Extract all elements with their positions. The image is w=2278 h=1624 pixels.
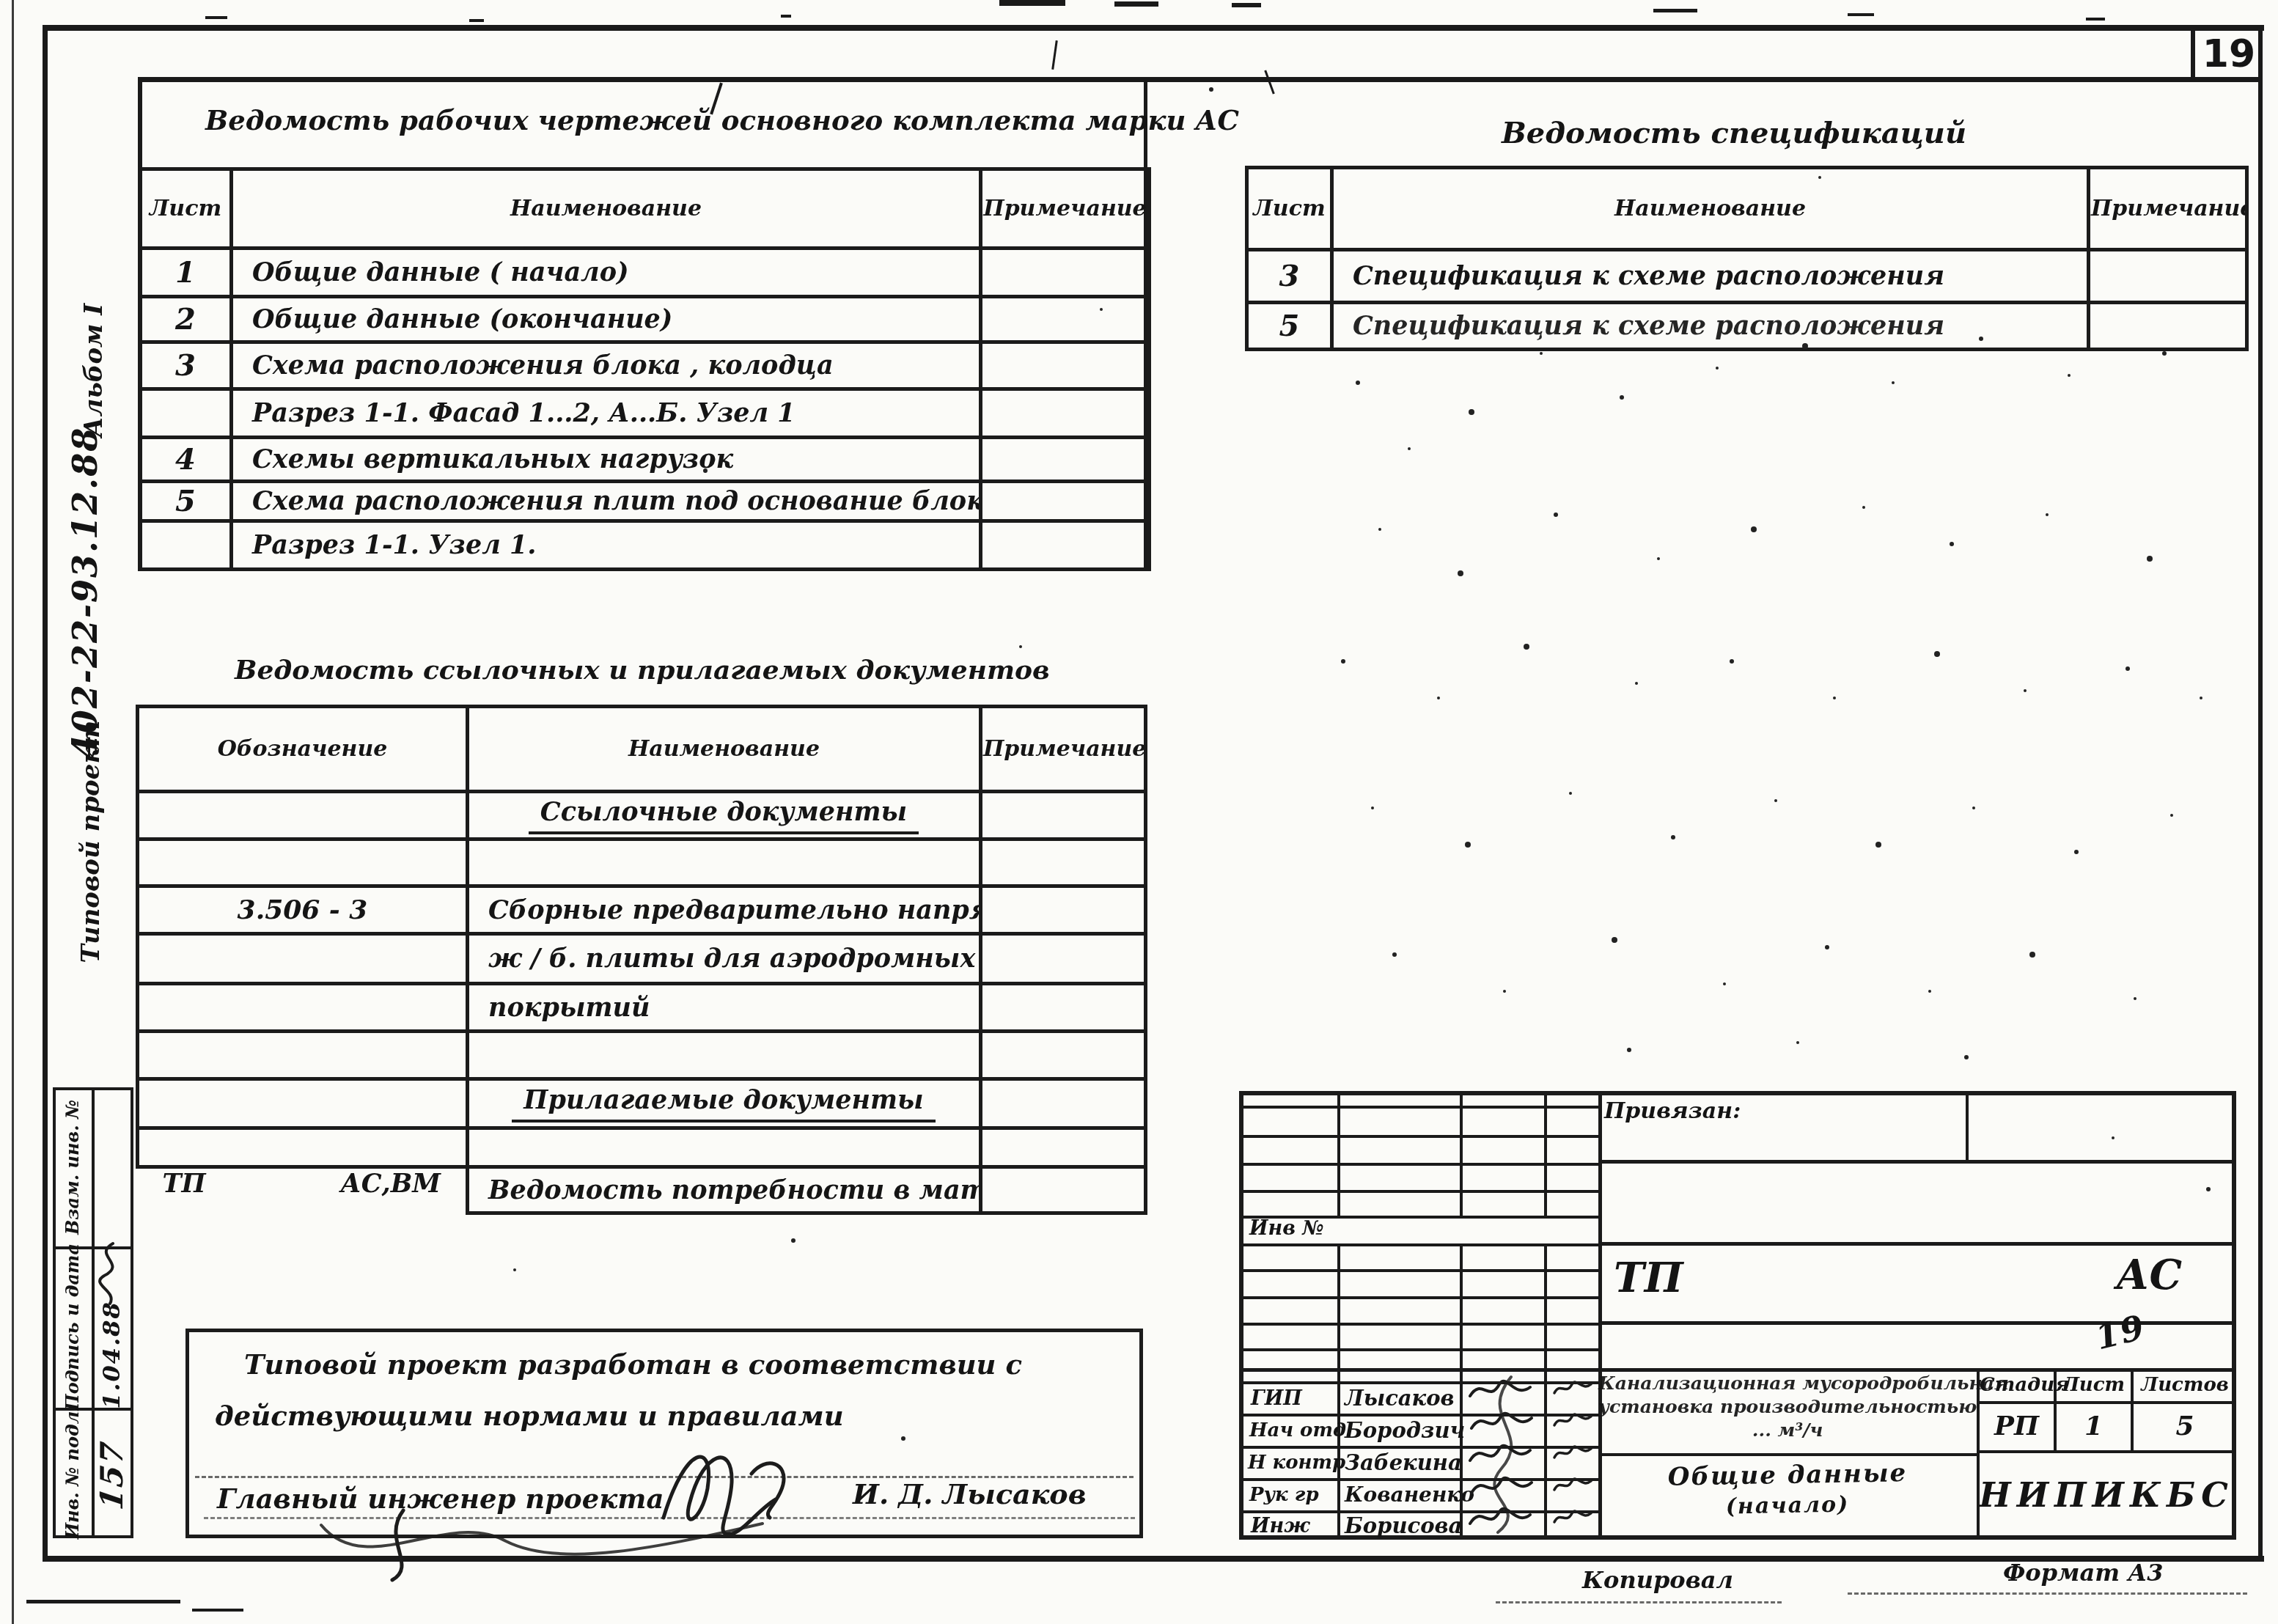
- table-header-row: Обозначение Наименование Примечание: [138, 707, 1146, 792]
- cell-name: Общие данные ( начало): [232, 249, 981, 297]
- drawings-register-title: Ведомость рабочих чертежей основного ком…: [205, 104, 1092, 136]
- scan-mark: [1264, 70, 1274, 95]
- cell-note: [2089, 250, 2247, 303]
- col-header-name: Наименование: [232, 169, 981, 249]
- col-header-designation: Обозначение: [138, 707, 468, 792]
- scan-mark: [2086, 18, 2105, 21]
- specs-register-table: Лист Наименование Примечание 3 Специфика…: [1245, 166, 2249, 351]
- specs-register-title: Ведомость спецификаций: [1430, 116, 2038, 150]
- cell-note: [981, 249, 1150, 297]
- cell-name: Схема расположения блока , колодца: [232, 342, 981, 389]
- cell-name: Спецификация к схеме расположения: [1332, 250, 2089, 303]
- scan-mark: [1848, 13, 1874, 16]
- project-title-line3: ... м³/ч: [1598, 1419, 1977, 1441]
- cell-note: [981, 342, 1150, 389]
- table-header-row: Лист Наименование Примечание: [140, 169, 1150, 249]
- sign-name-rukgr: Кованенко: [1345, 1482, 1474, 1507]
- statement-signer-name: И. Д. Лысаков: [853, 1477, 1087, 1510]
- sheet-value: 1: [2057, 1411, 2131, 1441]
- table-row: [138, 1128, 1146, 1167]
- scan-mark: [1232, 3, 1261, 7]
- sign-name-gip: Лысаков: [1345, 1386, 1455, 1411]
- cell-sheet: 2: [140, 297, 232, 342]
- scan-noise: [0, 0, 3, 3]
- table-row: 5 Схема расположения плит под основание …: [140, 482, 1150, 521]
- cell-note: [981, 521, 1150, 570]
- sign-name-nachotd: Бородзич: [1345, 1418, 1465, 1443]
- col-header-sheet: Лист: [1247, 168, 1332, 250]
- cell-note: [981, 297, 1150, 342]
- ref-docs-register-title: Ведомость ссылочных и прилагаемых докуме…: [235, 655, 1048, 686]
- table-row: [138, 1032, 1146, 1079]
- sign-name-inzh: Борисова: [1345, 1513, 1462, 1538]
- handwritten-swoosh: [315, 1496, 770, 1591]
- cell-name: Схема расположения плит под основание бл…: [232, 482, 981, 521]
- table-row: 3 Схема расположения блока , колодца: [140, 342, 1150, 389]
- table-row: ж / б. плиты для аэродромных: [138, 934, 1146, 984]
- cell-name: Разрез 1-1. Узел 1.: [232, 521, 981, 570]
- cell-name: Спецификация к схеме расположения: [1332, 303, 2089, 350]
- cell-name: Ведомость потребности в материалах: [468, 1167, 981, 1213]
- statement-line1: Типовой проект разработан в соответствии…: [244, 1348, 1022, 1381]
- handwritten-page-number: 19: [2091, 1307, 2149, 1358]
- signature-scribbles: [1463, 1371, 1544, 1535]
- cell-designation: 3.506 - 3: [138, 886, 468, 934]
- margin-stamp-date: 1.04.88: [98, 1301, 125, 1409]
- frame-subline: [138, 77, 2262, 82]
- sheet-title-line1: Общие данные: [1598, 1458, 1977, 1493]
- inv-number-label: Инв №: [1249, 1217, 1324, 1240]
- page-edge-line: [12, 0, 14, 1624]
- cell-sheet: 3: [140, 342, 232, 389]
- cell-sheet: 4: [140, 438, 232, 482]
- project-type-label: Типовой проект: [76, 721, 106, 963]
- ref-docs-register-table: Обозначение Наименование Примечание Ссыл…: [136, 705, 1147, 1215]
- scan-mark: [1653, 9, 1697, 12]
- frame-left: [43, 25, 48, 1562]
- doc-code-left: ТП: [1614, 1254, 1683, 1302]
- sign-role-nkontr: Н контр: [1248, 1452, 1345, 1474]
- scan-mark: [205, 16, 227, 19]
- table-row: 3 Спецификация к схеме расположения: [1247, 250, 2247, 303]
- cell-sheet: [140, 389, 232, 438]
- section-reference-docs: Ссылочные документы: [529, 797, 919, 834]
- table-row: Разрез 1-1. Узел 1.: [140, 521, 1150, 570]
- cell-note: [981, 482, 1150, 521]
- cell-name: Сборные предварительно напряженные: [468, 886, 981, 934]
- table-row: 3.506 - 3 Сборные предварительно напряже…: [138, 886, 1146, 934]
- sheet-label: Лист: [2057, 1374, 2131, 1396]
- sheets-value: 5: [2134, 1411, 2236, 1441]
- cell-designation-right: АС,ВМ: [340, 1169, 441, 1199]
- scan-mark: [1051, 40, 1058, 70]
- cell-sheet: 5: [140, 482, 232, 521]
- col-header-note: Примечание: [981, 707, 1146, 792]
- scanned-drawing-sheet: 19 Альбом I 402-22-93.12.88 Типовой прое…: [0, 0, 2278, 1624]
- table-row: Разрез 1-1. Фасад 1...2, А...Б. Узел 1: [140, 389, 1150, 438]
- cell-name: Общие данные (окончание): [232, 297, 981, 342]
- table-row: ТП АС,ВМ Ведомость потребности в материа…: [138, 1167, 1146, 1213]
- frame-right: [2258, 25, 2263, 1562]
- margin-stamp-label-inv: Инв. № подл.: [62, 1405, 83, 1539]
- cell-sheet: 1: [140, 249, 232, 297]
- org-name: НИПИКБС: [1977, 1475, 2236, 1515]
- footer-copied-label: Копировал: [1582, 1566, 1733, 1594]
- sign-name-nkontr: Забекина: [1345, 1450, 1462, 1475]
- project-title-line1: Канализационная мусородробильная: [1598, 1373, 1977, 1394]
- stage-label: Стадия: [1980, 1374, 2054, 1396]
- col-header-name: Наименование: [1332, 168, 2089, 250]
- cell-name: ж / б. плиты для аэродромных: [468, 934, 981, 984]
- table-row: [138, 839, 1146, 886]
- section-row: Ссылочные документы: [138, 792, 1146, 839]
- drawings-register-table: Лист Наименование Примечание 1 Общие дан…: [138, 167, 1151, 571]
- cell-sheet: [140, 521, 232, 570]
- col-header-note: Примечание: [981, 169, 1150, 249]
- cell-designation-left: ТП: [163, 1169, 206, 1199]
- table-row: 5 Спецификация к схеме расположения: [1247, 303, 2247, 350]
- date-scribbles: [1548, 1371, 1597, 1535]
- doc-code-right: АС: [2116, 1251, 2182, 1299]
- footer-format-underline: [1848, 1592, 2247, 1595]
- scan-mark: [999, 0, 1065, 6]
- margin-signature-scribble: [94, 1239, 131, 1309]
- cell-name: покрытий: [468, 984, 981, 1032]
- scan-mark: [469, 19, 484, 22]
- footer-left-mark2: [192, 1609, 243, 1612]
- cell-note: [2089, 303, 2247, 350]
- stage-value: РП: [1980, 1411, 2054, 1441]
- col-header-sheet: Лист: [140, 169, 232, 249]
- sign-role-rukgr: Рук гр: [1249, 1484, 1319, 1506]
- margin-stamp-label-podpis: Подпись и дата: [62, 1243, 83, 1411]
- sheets-label: Листов: [2134, 1374, 2236, 1396]
- cell-sheet: 3: [1247, 250, 1332, 303]
- cell-note: [981, 389, 1150, 438]
- footer-format-label: Формат А3: [2003, 1559, 2164, 1587]
- sheet-title-line2: (начало): [1598, 1490, 1977, 1522]
- table-row: 2 Общие данные (окончание): [140, 297, 1150, 342]
- binding-label: Привязан:: [1604, 1098, 1741, 1124]
- margin-stamp-inv-number: 157: [94, 1439, 130, 1513]
- table-row: покрытий: [138, 984, 1146, 1032]
- table-header-row: Лист Наименование Примечание: [1247, 168, 2247, 250]
- scan-mark: [1114, 1, 1158, 7]
- corner-page-number: 19: [2202, 32, 2255, 76]
- project-code: 402-22-93.12.88: [65, 427, 105, 758]
- table-row: 4 Схемы вертикальных нагрузок: [140, 438, 1150, 482]
- section-attached-docs: Прилагаемые документы: [512, 1085, 935, 1123]
- cell-name: Схемы вертикальных нагрузок: [232, 438, 981, 482]
- frame-top: [43, 25, 2264, 31]
- sign-role-inzh: Инж: [1251, 1515, 1309, 1537]
- sign-role-nachotd: Нач отд: [1249, 1419, 1346, 1441]
- section-row: Прилагаемые документы: [138, 1079, 1146, 1128]
- corner-page-number-box: 19: [2191, 31, 2263, 77]
- table-row: 1 Общие данные ( начало): [140, 249, 1150, 297]
- title-block: Привязан: Инв № ТП АС 19 Канализационная…: [1239, 1091, 2236, 1540]
- footer-copied-underline: [1496, 1601, 1782, 1603]
- col-header-note: Примечание: [2089, 168, 2247, 250]
- cell-sheet: 5: [1247, 303, 1332, 350]
- margin-stamp-label-vzam: Взам. инв. №: [62, 1100, 83, 1235]
- footer-left-mark: [26, 1600, 180, 1603]
- cell-name: Разрез 1-1. Фасад 1...2, А...Б. Узел 1: [232, 389, 981, 438]
- album-label: Альбом I: [79, 304, 109, 437]
- sign-role-gip: ГИП: [1251, 1387, 1302, 1410]
- cell-note: [981, 438, 1150, 482]
- col-header-name: Наименование: [468, 707, 981, 792]
- project-title-line2: установка производительностью: [1598, 1396, 1977, 1417]
- scan-mark: [781, 15, 791, 18]
